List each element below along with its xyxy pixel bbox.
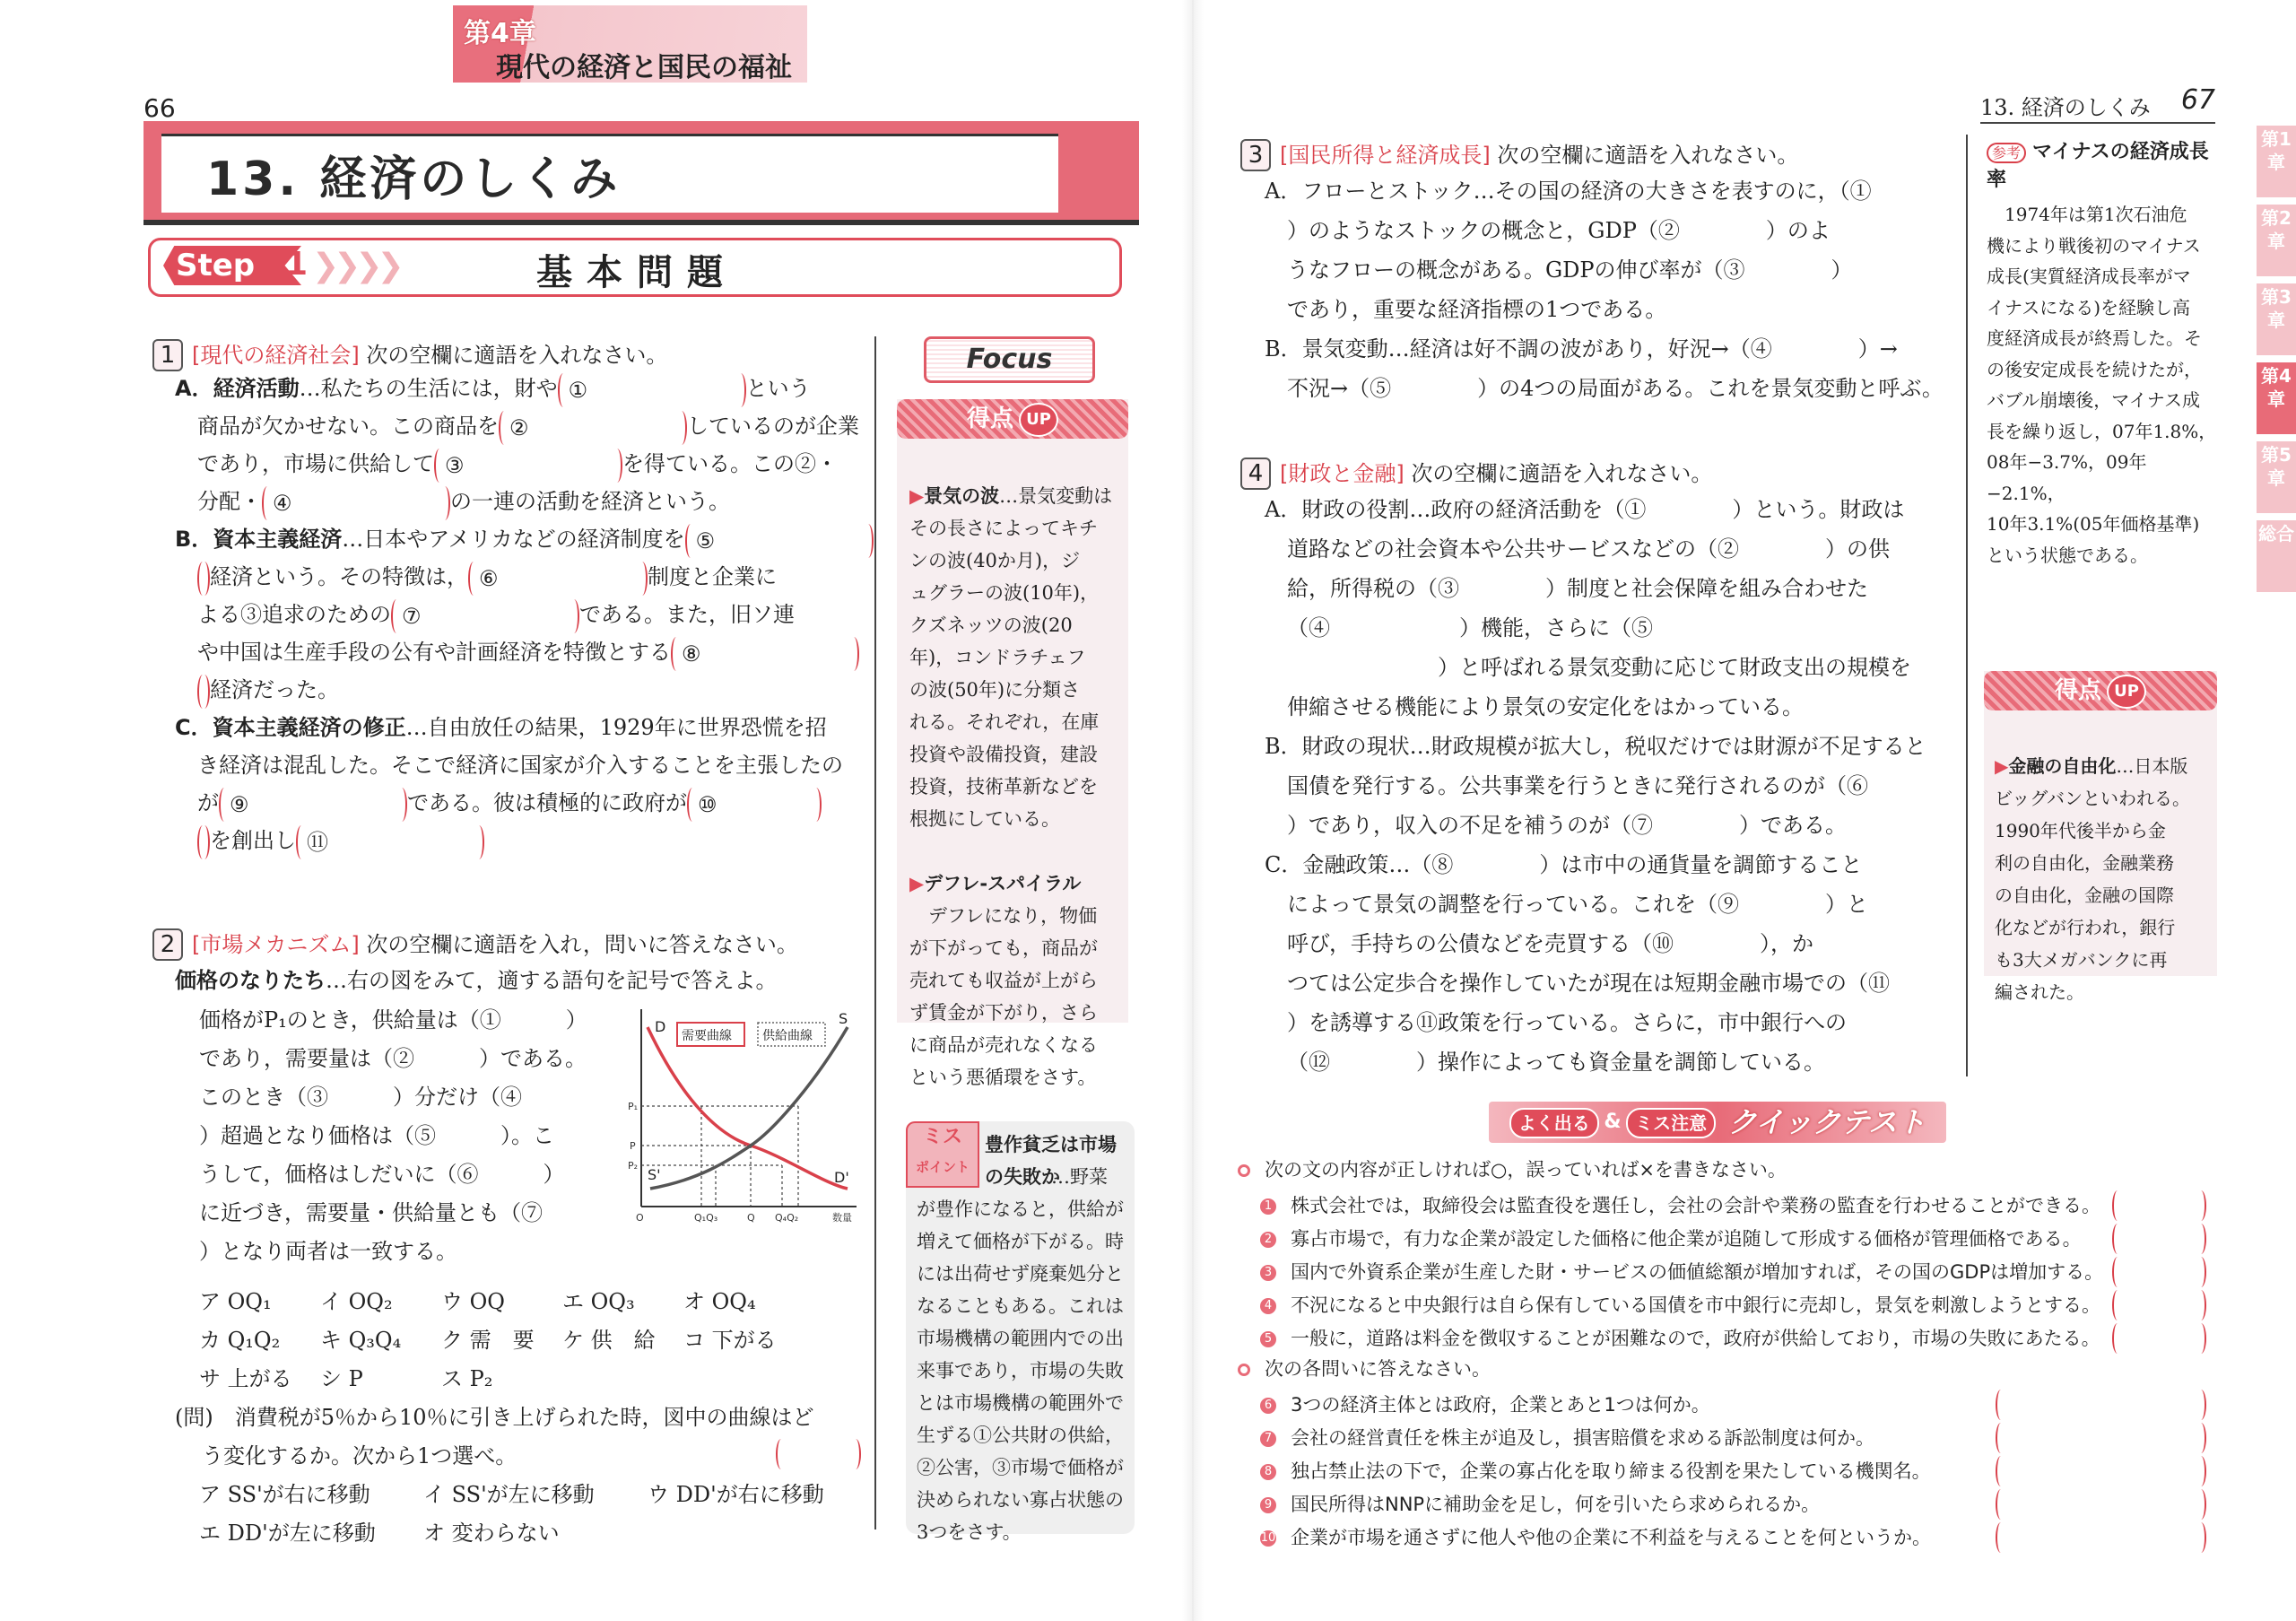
miss-point-text: …野菜 が豊作になると，供給が 増えて価格が下がる。時 には出荷せず廃棄処分と … xyxy=(917,1161,1124,1548)
answer-blank[interactable] xyxy=(2112,1257,2206,1287)
quick-test-title: クイックテスト xyxy=(1728,1102,1926,1143)
question-line: ）となり両者は一致する。 xyxy=(199,1238,457,1265)
text-fragment: C． xyxy=(175,715,213,740)
text-fragment: …私たちの生活には，財や xyxy=(300,376,558,401)
question-line: 分配・④の一連の活動を経済という。 xyxy=(197,488,730,517)
text-fragment: を得ている。この②・ xyxy=(622,451,838,476)
chapter-tab-1[interactable]: 第1章 xyxy=(2257,126,2296,197)
choice-option: コ 下がる xyxy=(683,1327,804,1354)
step-number: 1 xyxy=(285,246,308,283)
blank-number: ⑨ xyxy=(230,791,249,818)
choice-option: カ Q₁Q₂ xyxy=(199,1327,320,1354)
quick-test-question: 寡占市場で，有力な企業が設定した価格に他企業が追随して形成する価格が管理価格であ… xyxy=(1291,1228,2082,1250)
question-line: よる③追求のための⑦である。また，旧ソ連 xyxy=(197,601,795,630)
quick-test-question: 国内で外資系企業が生産した財・サービスの価値総額が増加すれば，その国のGDPは増… xyxy=(1291,1261,2103,1283)
blank-number: ⑥ xyxy=(479,565,499,592)
choice-option: ウ OQ xyxy=(441,1288,562,1315)
text-fragment: き経済は混乱した。そこで経済に国家が介入することを主張したの xyxy=(197,753,843,778)
question-number: 3 xyxy=(1240,139,1271,171)
svg-text:S: S xyxy=(839,1010,848,1027)
question-number: 4 xyxy=(1240,458,1271,490)
svg-text:Q: Q xyxy=(747,1212,755,1224)
running-header: 13. 経済のしくみ 67 xyxy=(1980,90,2215,124)
chapter-tab-5[interactable]: 第5章 xyxy=(2257,441,2296,513)
caution-badge: ミス注意 xyxy=(1626,1108,1716,1138)
tip-title: 景気の波 xyxy=(924,485,999,507)
blank-number: ⑧ xyxy=(682,641,701,667)
svg-text:数量: 数量 xyxy=(832,1211,852,1224)
question-number: 2 xyxy=(152,928,183,961)
text-fragment: 制度と企業に xyxy=(648,564,777,589)
blank-number: ④ xyxy=(273,490,292,517)
text-fragment: …日本やアメリカなどの経済制度を xyxy=(342,527,684,552)
svg-text:P: P xyxy=(630,1140,636,1152)
svg-text:D: D xyxy=(655,1018,665,1035)
question-instruction: 次の空欄に適語を入れなさい。 xyxy=(366,343,667,368)
question-line: A．フローとストック…その国の経済の大きさを表すのに，（① xyxy=(1265,178,1872,205)
text-fragment: 資本主義経済 xyxy=(213,527,342,552)
quick-test-item: 9国民所得はNNPに補助金を足し，何を引いたら求められるか。 xyxy=(1260,1492,1820,1517)
quick-test-item: 2寡占市場で，有力な企業が設定した価格に他企業が追随して形成する価格が管理価格で… xyxy=(1260,1226,2082,1251)
number-badge-icon: 4 xyxy=(1260,1298,1276,1314)
tip-text: …景気変動は その長さによってキチ ンの波(40か月)，ジ ュグラーの波(10年… xyxy=(909,485,1112,830)
tip-title: デフレ-スパイラル xyxy=(924,873,1081,894)
text-fragment: 経済という。その特徴は， xyxy=(210,564,468,589)
answer-blank[interactable] xyxy=(2112,1323,2206,1354)
choice-option: エ OQ₃ xyxy=(562,1288,683,1315)
question-line: 伸縮させる機能により景気の安定化をはかっている。 xyxy=(1287,693,1804,720)
quick-test-instruction-2: 次の各問いに答えなさい。 xyxy=(1238,1356,1491,1381)
question-instruction: 次の空欄に適語を入れなさい。 xyxy=(1411,461,1712,486)
question-line: （④ ）機能，さらに（⑤ xyxy=(1287,614,1653,641)
circle-bullet-icon xyxy=(1238,1164,1250,1177)
number-badge-icon: 5 xyxy=(1260,1331,1276,1347)
question-line: B．財政の現状…財政規模が拡大し，税収だけでは財源が不足すると xyxy=(1265,733,1926,760)
quick-test-question: 不況になると中央銀行は自ら保有している国債を市中銀行に売却し，景気を刺激しようと… xyxy=(1291,1294,2100,1316)
svg-text:供給曲線: 供給曲線 xyxy=(762,1029,813,1043)
step-bar: Step 1 ❯❯❯❯ 基本問題 xyxy=(148,238,1122,297)
answer-blank-end[interactable] xyxy=(197,829,210,856)
choice-option: イ SS'が左に移動 xyxy=(423,1481,648,1508)
answer-blank[interactable]: ⑩ xyxy=(687,791,822,818)
section-title: 13. 経済のしくみ xyxy=(206,141,621,208)
question-line: であり，重要な経済指標の1つである。 xyxy=(1287,296,1666,323)
subquestion-text-2: う変化するか。次から1つ選べ。 xyxy=(202,1443,517,1468)
quick-test-question: 独占禁止法の下で，企業の寡占化を取り締まる役割を果たしている機関名。 xyxy=(1291,1460,1931,1482)
focus-header: Focus xyxy=(924,336,1095,383)
quick-test-question: 企業が市場を通さずに他人や他の企業に不利益を与えることを何というか。 xyxy=(1291,1527,1931,1548)
question-line: ）であり，収入の不足を補うのが（⑦ ）である。 xyxy=(1287,812,1847,839)
question-line: 国債を発行する。公共事業を行うときに発行されるのが（⑥ xyxy=(1287,772,1868,799)
quick-test-item: 10企業が市場を通さずに他人や他の企業に不利益を与えることを何というか。 xyxy=(1260,1525,1931,1550)
quick-test-instruction-1: 次の文の内容が正しければ○，誤っていれば×を書きなさい。 xyxy=(1238,1157,1787,1182)
question-line: ）超過となり価格は（⑤ ）。こ xyxy=(199,1122,554,1149)
question-line: 経済だった。 xyxy=(197,676,339,705)
choice-option: シ P xyxy=(320,1365,441,1392)
blank-number: ⑩ xyxy=(698,791,717,818)
ampersand: & xyxy=(1604,1111,1621,1133)
question-line: であり，需要量は（② ）である。 xyxy=(199,1045,587,1072)
svg-text:P₂: P₂ xyxy=(628,1160,638,1172)
section-title-bar: 13. 経済のしくみ xyxy=(143,121,1139,225)
text-fragment: 商品が欠かせない。この商品を xyxy=(197,414,499,439)
subhead-bold: 価格のなりたち xyxy=(175,968,326,993)
page-number-left: 66 xyxy=(143,93,176,123)
question-line: ）と呼ばれる景気変動に応じて財政支出の規模を xyxy=(1287,654,1911,681)
answer-blank[interactable] xyxy=(1996,1390,2206,1420)
answer-blank[interactable] xyxy=(2112,1290,2206,1320)
reference-title-row: 参考 マイナスの経済成長率 xyxy=(1987,139,2220,194)
number-badge-icon: 8 xyxy=(1260,1464,1276,1480)
answer-blank[interactable] xyxy=(1996,1423,2206,1453)
answer-blank[interactable] xyxy=(1996,1456,2206,1486)
text-fragment: 経済だった。 xyxy=(210,677,339,702)
choice-option: ア SS'が右に移動 xyxy=(199,1481,423,1508)
svg-text:Q₄Q₂: Q₄Q₂ xyxy=(775,1212,798,1224)
text-fragment: であり，市場に供給して xyxy=(197,451,434,476)
column-divider xyxy=(1966,135,1968,1076)
answer-blank[interactable]: ① xyxy=(558,377,746,404)
triangle-bullet-icon: ▶ xyxy=(909,485,924,507)
question-line: に近づき，需要量・供給量とも（⑦ xyxy=(199,1199,543,1226)
svg-text:S': S' xyxy=(648,1166,661,1183)
choice-option: オ OQ₄ xyxy=(683,1288,804,1315)
answer-blank-end[interactable] xyxy=(197,565,210,592)
choice-row: ア OQ₁イ OQ₂ウ OQエ OQ₃オ OQ₄ xyxy=(199,1288,804,1315)
quick-test-question: 3つの経済主体とは政府，企業とあと1つは何か。 xyxy=(1291,1394,1710,1416)
question-2-subhead: 価格のなりたち…右の図をみて，適する語句を記号で答えよ。 xyxy=(175,967,778,994)
tokuten-header: 得点UP xyxy=(897,399,1128,439)
choice-row: ア SS'が右に移動イ SS'が左に移動ウ DD'が右に移動 xyxy=(199,1481,872,1508)
chapter-tag: 第4章 現代の経済と国民の福祉 xyxy=(453,5,807,83)
blank-number: ⑤ xyxy=(696,527,716,554)
quick-test-item: 3国内で外資系企業が生産した財・サービスの価値総額が増加すれば，その国のGDPは… xyxy=(1260,1259,2103,1285)
choice-option: ウ DD'が右に移動 xyxy=(648,1481,872,1508)
chapter-tab-3[interactable]: 第3章 xyxy=(2257,283,2296,355)
text-fragment: …自由放任の結果，1929年に世界恐慌を招 xyxy=(406,715,827,740)
answer-blank[interactable] xyxy=(1996,1522,2206,1553)
text-fragment: B． xyxy=(175,527,213,552)
number-badge-icon: 3 xyxy=(1260,1265,1276,1281)
question-line: 道路などの社会資本や公共サービスなどの（② ）の供 xyxy=(1287,536,1890,562)
frequent-badge: よく出る xyxy=(1509,1108,1599,1138)
question-line: うなフローの概念がある。GDPの伸び率が（③ ） xyxy=(1287,257,1853,283)
svg-text:需要曲線: 需要曲線 xyxy=(682,1029,732,1043)
subquestion-label: (問) xyxy=(175,1405,213,1430)
choice-option: サ 上がる xyxy=(199,1365,320,1392)
blank-number: ⑪ xyxy=(307,829,328,856)
choice-row: カ Q₁Q₂キ Q₃Q₄ク 需 要ケ 供 給コ 下がる xyxy=(199,1327,804,1354)
question-line: C．資本主義経済の修正…自由放任の結果，1929年に世界恐慌を招 xyxy=(175,714,827,741)
reference-text: 1974年は第1次石油危 機により戦後初のマイナス 成長(実質経済成長率がマ イ… xyxy=(1987,199,2220,571)
svg-text:O: O xyxy=(636,1212,644,1224)
question-line: B．景気変動…経済は好不調の波があり，好況→（④ ）→ xyxy=(1265,336,1898,362)
question-tag: [市場メカニズム] xyxy=(192,932,360,957)
page-gutter xyxy=(1182,0,1204,1621)
choice-option: ケ 供 給 xyxy=(562,1327,683,1354)
text-fragment: 経済活動 xyxy=(213,376,300,401)
text-fragment: の一連の活動を経済という。 xyxy=(450,489,730,514)
question-number: 1 xyxy=(152,339,183,371)
column-divider xyxy=(874,336,876,1529)
chapter-title: 現代の経済と国民の福祉 xyxy=(496,45,792,84)
choice-option: イ OQ₂ xyxy=(320,1288,441,1315)
answer-blank[interactable]: ⑨ xyxy=(219,791,407,818)
answer-blank[interactable]: ⑥ xyxy=(468,565,648,592)
question-line: つては公定歩合を操作していたが現在は短期金融市場での（⑪ xyxy=(1287,970,1890,997)
answer-blank[interactable]: ⑤ xyxy=(685,527,874,554)
triangle-bullet-icon: ▶ xyxy=(909,873,924,894)
question-2-subquestion-cont: う変化するか。次から1つ選べ。 xyxy=(202,1442,517,1469)
blank-number: ③ xyxy=(445,452,465,479)
quick-test-item: 4不況になると中央銀行は自ら保有している国債を市中銀行に売却し，景気を刺激しよう… xyxy=(1260,1293,2100,1318)
text-fragment: 資本主義経済の修正 xyxy=(213,715,406,740)
question-line: A．財政の役割…政府の経済活動を（① ）という。財政は xyxy=(1265,496,1904,523)
question-instruction: 次の空欄に適語を入れ，問いに答えなさい。 xyxy=(366,932,797,957)
choice-row: サ 上がるシ Pス P₂ xyxy=(199,1365,562,1392)
reference-badge: 参考 xyxy=(1987,143,2026,163)
tip-text: デフレになり，物価 が下がっても，商品が 売れても収益が上がら ず賃金が下がり，… xyxy=(909,905,1098,1088)
quick-test-banner: よく出る & ミス注意 クイックテスト xyxy=(1489,1102,1946,1143)
running-header-title: 13. 経済のしくみ xyxy=(1980,95,2151,120)
quick-test-item: 7会社の経営責任を株主が追及し，損害賠償を求める訴訟制度は何か。 xyxy=(1260,1425,1874,1451)
question-line: 価格がP₁のとき，供給量は（① ） xyxy=(199,1007,587,1033)
choice-option: キ Q₃Q₄ xyxy=(320,1327,441,1354)
text-fragment: という xyxy=(746,376,811,401)
choice-option: オ 変わらない xyxy=(423,1520,648,1547)
triangle-bullet-icon: ▶ xyxy=(1995,755,2008,777)
question-line: 給，所得税の（③ ）制度と社会保障を組み合わせた xyxy=(1287,575,1868,602)
subquestion-text-1: 消費税が5％から10％に引き上げられた時，図中の曲線はど xyxy=(235,1405,814,1430)
chapter-tab-4[interactable]: 第4章 xyxy=(2257,362,2296,434)
question-line: C．金融政策…（⑧ ）は市中の通貨量を調節すること xyxy=(1265,851,1862,878)
question-line: 不況→（⑤ ）の4つの局面がある。これを景気変動と呼ぶ。 xyxy=(1287,375,1944,402)
blank-number: ① xyxy=(569,377,588,404)
circle-bullet-icon xyxy=(1238,1364,1250,1376)
answer-blank[interactable]: ⑦ xyxy=(391,603,579,630)
chapter-tab-6[interactable]: 総合 xyxy=(2257,520,2296,592)
question-line: B．資本主義経済…日本やアメリカなどの経済制度を⑤ xyxy=(175,526,874,554)
step-label: Step xyxy=(163,246,301,285)
svg-text:D': D' xyxy=(834,1169,849,1186)
page-number-right: 67 xyxy=(2181,84,2215,116)
choice-option: エ DD'が左に移動 xyxy=(199,1520,423,1547)
quick-test-item: 8独占禁止法の下で，企業の寡占化を取り締まる役割を果たしている機関名。 xyxy=(1260,1459,1931,1484)
text-fragment: 分配・ xyxy=(197,489,262,514)
question-line: 経済という。その特徴は，⑥制度と企業に xyxy=(197,563,777,592)
question-line: 呼び，手持ちの公債などを売買する（⑩ ），か xyxy=(1287,930,1813,957)
question-line: が⑨である。彼は積極的に政府が⑩ xyxy=(197,789,822,818)
number-badge-icon: 7 xyxy=(1260,1431,1276,1447)
text-fragment: A． xyxy=(175,376,213,401)
quick-test-question: 株式会社では，取締役会は監査役を選任し，会社の会計や業務の監査を行わせることがで… xyxy=(1291,1195,2100,1216)
tokuten-up-box: 得点UP ▶景気の波…景気変動は その長さによってキチ ンの波(40か月)，ジ … xyxy=(897,399,1128,1023)
quick-test-question: 国民所得はNNPに補助金を足し，何を引いたら求められるか。 xyxy=(1291,1494,1820,1515)
answer-blank[interactable]: ⑪ xyxy=(296,829,484,856)
text-fragment: しているのが企業 xyxy=(687,414,859,439)
question-tag: [国民所得と経済成長] xyxy=(1280,143,1491,168)
answer-blank[interactable]: ⑧ xyxy=(671,641,859,667)
answer-blank[interactable] xyxy=(776,1439,861,1469)
question-tag: [財政と金融] xyxy=(1280,461,1405,486)
chapter-tab-2[interactable]: 第2章 xyxy=(2257,205,2296,276)
svg-text:P₁: P₁ xyxy=(628,1101,638,1112)
choice-option: ク 需 要 xyxy=(441,1327,562,1354)
answer-blank-end[interactable] xyxy=(197,678,210,705)
text-fragment: や中国は生産手段の公有や計画経済を特徴とする xyxy=(197,640,671,665)
question-line: ）のようなストックの概念と，GDP（② ）のよ xyxy=(1287,217,1831,244)
number-badge-icon: 2 xyxy=(1260,1232,1276,1248)
subhead-text: …右の図をみて，適する語句を記号で答えよ。 xyxy=(326,968,778,993)
question-line: き経済は混乱した。そこで経済に国家が介入することを主張したの xyxy=(197,752,843,779)
quick-test-question: 一般に，道路は料金を徴収することが困難なので，政府が供給しており，市場の失敗にあ… xyxy=(1291,1328,2100,1349)
question-1-header: 1[現代の経済社会] 次の空欄に適語を入れなさい。 xyxy=(152,339,667,371)
question-line: を創出し⑪ xyxy=(197,827,484,856)
quick-test-question: 会社の経営責任を株主が追及し，損害賠償を求める訴訟制度は何か。 xyxy=(1291,1427,1874,1449)
tip-title: 金融の自由化 xyxy=(2008,755,2116,777)
question-instruction: 次の空欄に適語を入れなさい。 xyxy=(1497,143,1798,168)
choice-row: エ DD'が左に移動オ 変わらない xyxy=(199,1520,648,1547)
question-4-header: 4[財政と金融] 次の空欄に適語を入れなさい。 xyxy=(1240,458,1712,490)
answer-blank[interactable] xyxy=(2112,1224,2206,1254)
up-badge-icon: UP xyxy=(1019,403,1058,437)
question-line: （⑫ ）操作によっても資金量を調節している。 xyxy=(1287,1049,1825,1076)
svg-text:Q₁Q₃: Q₁Q₃ xyxy=(694,1212,717,1224)
question-2-subquestion: (問) 消費税が5％から10％に引き上げられた時，図中の曲線はど xyxy=(175,1404,814,1431)
question-line: ）を誘導する⑪政策を行っている。さらに，市中銀行への xyxy=(1287,1009,1847,1036)
choice-option: ア OQ₁ xyxy=(199,1288,320,1315)
step-title: 基本問題 xyxy=(536,244,737,295)
tokuten-header: 得点UP xyxy=(1984,671,2217,710)
question-line: や中国は生産手段の公有や計画経済を特徴とする⑧ xyxy=(197,639,859,667)
answer-blank[interactable] xyxy=(1996,1489,2206,1520)
number-badge-icon: 10 xyxy=(1260,1530,1276,1547)
blank-number: ⑦ xyxy=(402,603,422,630)
text-fragment: である。彼は積極的に政府が xyxy=(407,790,687,815)
tip-text: …日本版 ビッグバンといわれる。 1990年代後半から金 利の自由化，金融業務 … xyxy=(1995,755,2190,1003)
question-3-header: 3[国民所得と経済成長] 次の空欄に適語を入れなさい。 xyxy=(1240,139,1798,171)
number-badge-icon: 1 xyxy=(1260,1198,1276,1215)
text-fragment: よる③追求のための xyxy=(197,602,391,627)
question-tag: [現代の経済社会] xyxy=(192,343,360,368)
number-badge-icon: 6 xyxy=(1260,1398,1276,1414)
question-line: うして，価格はしだいに（⑥ ） xyxy=(199,1161,565,1188)
blank-number: ② xyxy=(509,414,529,441)
text-fragment: が xyxy=(197,790,219,815)
chapter-tabs: 第1章第2章第3章第4章第5章総合 xyxy=(2257,126,2296,599)
text-fragment: である。また，旧ソ連 xyxy=(579,602,795,627)
choice-option: ス P₂ xyxy=(441,1365,562,1392)
quick-test-item: 5一般に，道路は料金を徴収することが困難なので，政府が供給しており，市場の失敗に… xyxy=(1260,1326,2100,1351)
answer-blank[interactable]: ④ xyxy=(262,490,450,517)
question-2-header: 2[市場メカニズム] 次の空欄に適語を入れ，問いに答えなさい。 xyxy=(152,928,798,961)
number-badge-icon: 9 xyxy=(1260,1497,1276,1513)
question-line: であり，市場に供給して③を得ている。この②・ xyxy=(197,450,838,479)
answer-blank[interactable]: ② xyxy=(499,414,687,441)
up-badge-icon: UP xyxy=(2107,675,2146,709)
supply-demand-chart: D S S' D' 需要曲線 供給曲線 P₁PP₂ OQ₁Q₃QQ₄Q₂数量 xyxy=(628,1000,874,1233)
question-line: によって景気の調整を行っている。これを（⑨ ）と xyxy=(1287,891,1868,918)
tokuten-up-box-right: 得点UP ▶金融の自由化…日本版 ビッグバンといわれる。 1990年代後半から金… xyxy=(1984,671,2217,976)
question-line: A．経済活動…私たちの生活には，財や①という xyxy=(175,375,811,404)
tokuten-label: 得点 xyxy=(967,405,1013,432)
question-line: 商品が欠かせない。この商品を②しているのが企業 xyxy=(197,413,859,441)
miss-point-box: ミスポイント 豊作貧乏は市場 の失敗か …野菜 が豊作になると，供給が 増えて価… xyxy=(906,1121,1135,1534)
reference-box: 参考 マイナスの経済成長率 1974年は第1次石油危 機により戦後初のマイナス … xyxy=(1987,139,2220,571)
answer-blank[interactable] xyxy=(2112,1190,2206,1221)
quick-test-item: 1株式会社では，取締役会は監査役を選任し，会社の会計や業務の監査を行わせることが… xyxy=(1260,1193,2100,1218)
question-line: このとき（③ ）分だけ（④ xyxy=(199,1084,522,1111)
text-fragment: を創出し xyxy=(210,828,296,853)
quick-test-item: 63つの経済主体とは政府，企業とあと1つは何か。 xyxy=(1260,1392,1710,1417)
chevrons-icon: ❯❯❯❯ xyxy=(312,248,399,284)
answer-blank[interactable]: ③ xyxy=(434,452,622,479)
